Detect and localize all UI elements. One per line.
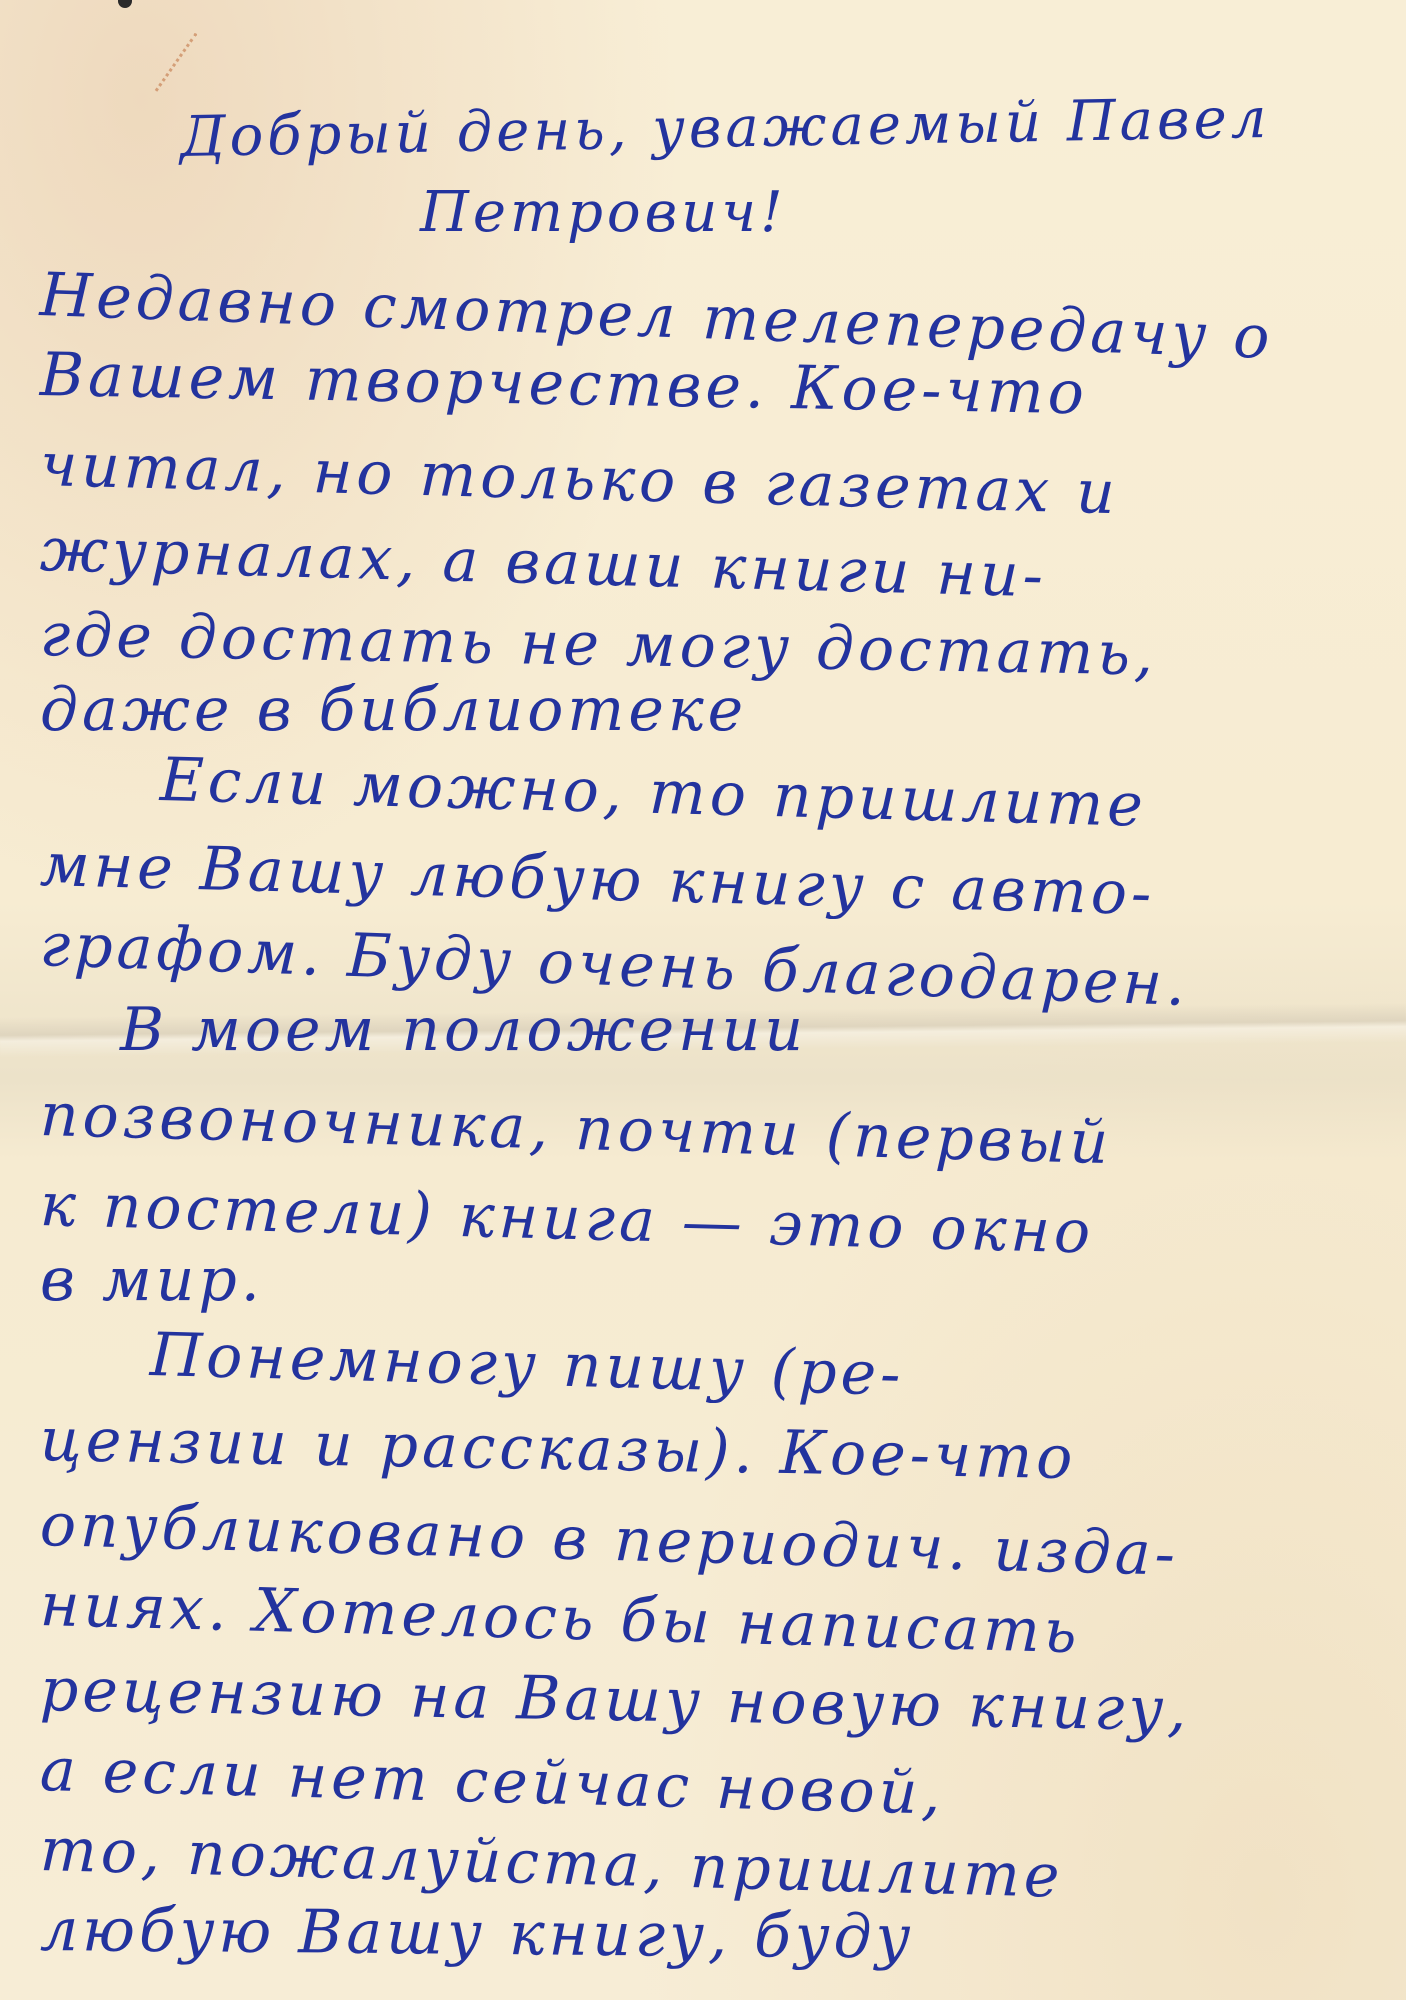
letter-line: даже в библиотеке — [40, 675, 747, 745]
greeting-line-2: Петрович! — [420, 180, 787, 245]
letter-line: В моем положении — [120, 995, 807, 1065]
letter-line: любую Вашу книгу, буду — [40, 1895, 915, 1973]
letter-line: в мир. — [40, 1245, 264, 1315]
